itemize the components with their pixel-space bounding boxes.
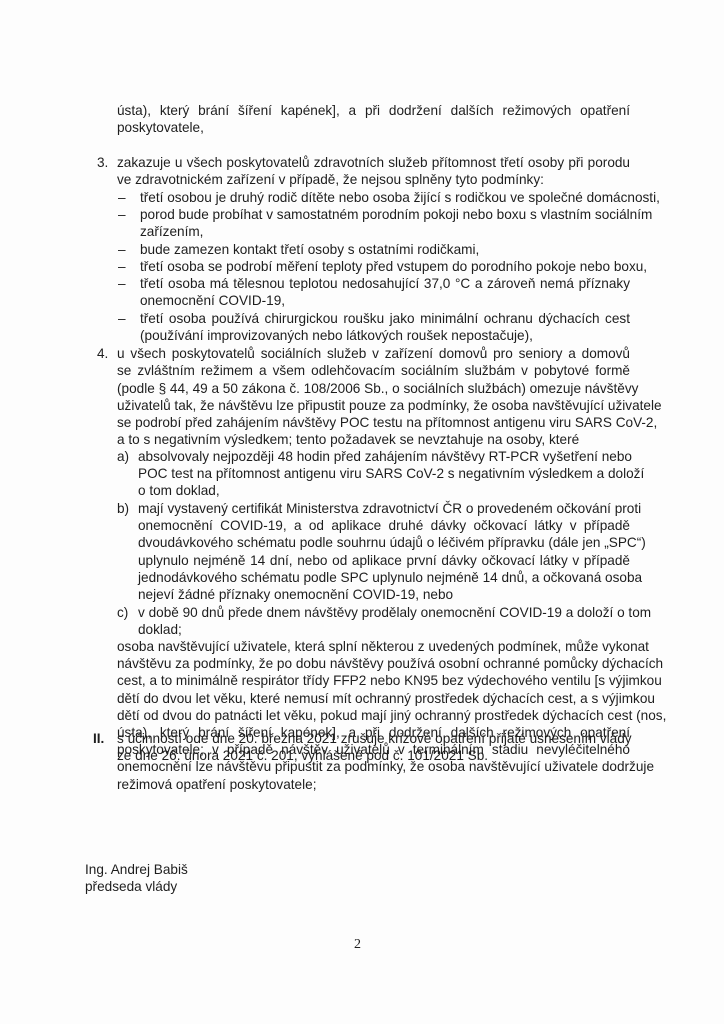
sub-label: b) (117, 500, 129, 517)
bullet-line: zařízením, (140, 223, 203, 240)
bullet-line: třetí osobou je druhý rodič dítěte nebo … (140, 189, 660, 206)
bullet-dash: – (118, 258, 126, 275)
sub-line: v době 90 dnů přede dnem návštěvy proděl… (138, 604, 630, 621)
closing-line: cest, a to minimálně respirátor třídy FF… (117, 672, 630, 689)
page-number: 2 (354, 937, 361, 953)
sub-line: mají vystavený certifikát Ministerstva z… (138, 500, 630, 517)
bullet-line: třetí osoba se podrobí měření teploty př… (140, 258, 647, 275)
closing-line: režimová opatření poskytovatele; (117, 776, 316, 793)
bullet-line: (používání improvizovaných nebo látkovýc… (140, 327, 533, 344)
item-number: 4. (97, 345, 108, 362)
sub-line: doklad; (138, 621, 182, 638)
sub-line: onemocnění COVID-19, a od aplikace druhé… (138, 517, 630, 534)
section-ii-line: s účinností ode dne 20. března 2021 zruš… (117, 730, 630, 747)
sub-line: POC test na přítomnost antigenu viru SAR… (138, 465, 630, 482)
sub-label: a) (117, 448, 129, 465)
section-number: II. (93, 730, 104, 747)
continuation-line: poskytovatele, (117, 119, 204, 136)
item4-intro-line: u všech poskytovatelů sociálních služeb … (117, 345, 630, 362)
bullet-dash: – (118, 241, 126, 258)
item3-intro-line: ve zdravotnickém zařízení v případě, že … (117, 171, 544, 188)
item4-intro-line: uživatelů tak, že návštěvu lze připustit… (117, 397, 630, 414)
section-ii-line: ze dne 26. února 2021 č. 201, vyhlášené … (117, 747, 488, 764)
sub-line: absolvovaly nejpozději 48 hodin před zah… (138, 448, 630, 465)
sub-line: jednodávkového schématu podle SPC uplynu… (138, 569, 630, 586)
sub-line: dvoudávkového schématu podle souhrnu úda… (138, 534, 630, 551)
bullet-line: třetí osoba má tělesnou teplotou nedosah… (140, 275, 630, 292)
signatory-name: Ing. Andrej Babiš (85, 861, 188, 878)
bullet-line: bude zamezen kontakt třetí osoby s ostat… (140, 241, 479, 258)
item4-intro-line: se zvláštním režimem a všem odlehčovacím… (117, 362, 630, 379)
sub-label: c) (117, 604, 128, 621)
bullet-line: onemocnění COVID-19, (140, 292, 285, 309)
bullet-dash: – (118, 206, 126, 223)
sub-line: o tom doklad, (138, 482, 220, 499)
closing-line: dětí do dvou let věku, které nemusí mít … (117, 690, 630, 707)
item4-intro-line: se podrobí před zahájením návštěvy POC t… (117, 414, 630, 431)
continuation-line: ústa), který brání šíření kapének], a př… (117, 102, 630, 119)
bullet-dash: – (118, 189, 126, 206)
item4-intro-line: a to s negativním výsledkem; tento požad… (117, 431, 579, 448)
bullet-line: porod bude probíhat v samostatném porodn… (140, 206, 630, 223)
closing-line: návštěvu za podmínky, že po dobu návštěv… (117, 655, 630, 672)
sub-line: nejeví žádné příznaky onemocnění COVID-1… (138, 586, 453, 603)
item-number: 3. (97, 154, 108, 171)
closing-line: osoba navštěvující uživatele, která spln… (117, 638, 630, 655)
bullet-line: třetí osoba používá chirurgickou roušku … (140, 310, 630, 327)
closing-line: dětí od dvou do patnácti let věku, pokud… (117, 707, 630, 724)
signatory-title: předseda vlády (85, 878, 177, 895)
bullet-dash: – (118, 310, 126, 327)
sub-line: uplynulo nejméně 14 dní, nebo od aplikac… (138, 552, 630, 569)
bullet-dash: – (118, 275, 126, 292)
item4-intro-line: (podle § 44, 49 a 50 zákona č. 108/2006 … (117, 380, 630, 397)
item3-intro-line: zakazuje u všech poskytovatelů zdravotní… (117, 154, 630, 171)
